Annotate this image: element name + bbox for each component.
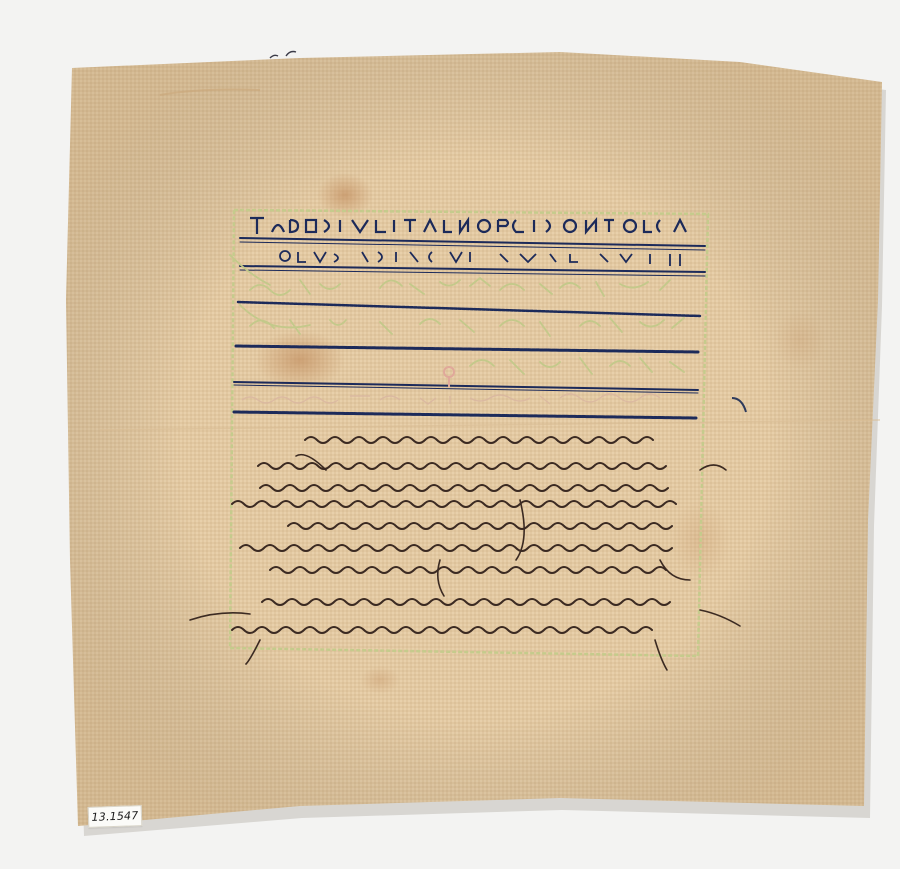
- photo-stage: 13.1547: [0, 0, 900, 869]
- catalogue-number-label: 13.1547: [88, 805, 143, 828]
- sampler-photo: [0, 0, 900, 869]
